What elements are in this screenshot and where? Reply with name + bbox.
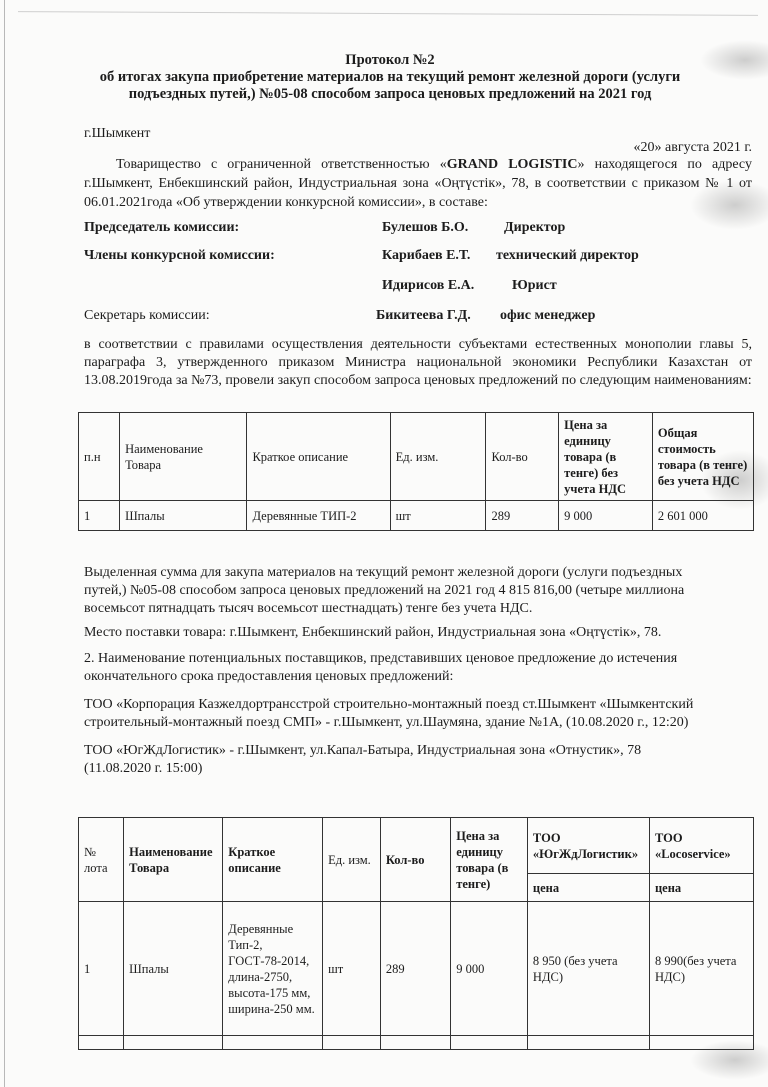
company-name: GRAND LOGISTIC bbox=[447, 157, 578, 172]
table-row: 1 Шпалы Деревянные ТИП-2 шт 289 9 000 2 … bbox=[79, 501, 754, 531]
date: «20» августа 2021 г. bbox=[634, 140, 752, 156]
title-line-2: об итогах закупа приобретение материалов… bbox=[90, 69, 690, 86]
intro-paragraph: Товарищество с ограниченной ответственно… bbox=[84, 155, 752, 212]
document-title: Протокол №2 об итогах закупа приобретени… bbox=[90, 52, 690, 103]
scan-artifact-line bbox=[18, 11, 758, 16]
section-2-heading: 2. Наименование потенциальных поставщико… bbox=[84, 650, 724, 686]
city-date-line: г.Шымкент «20» августа 2021 г. bbox=[84, 124, 752, 154]
supplier-2: ТОО «ЮгЖдЛогистик» - г.Шымкент, ул.Капал… bbox=[84, 742, 704, 778]
title-line-1: Протокол №2 bbox=[90, 52, 690, 69]
table-row: 1 Шпалы Деревянные Тип-2, ГОСТ-78-2014, … bbox=[79, 902, 754, 1036]
table-empty-row bbox=[79, 1036, 754, 1050]
table-header-row: п.н Наименование Товара Краткое описание… bbox=[79, 413, 754, 501]
items-table: п.н Наименование Товара Краткое описание… bbox=[78, 412, 754, 531]
table-header-row: № лота Наименование Товара Краткое описа… bbox=[79, 818, 754, 874]
title-line-3: подъездных путей,) №05-08 способом запро… bbox=[90, 86, 690, 103]
supplier-1: ТОО «Корпорация Казжелдортрансстрой стро… bbox=[84, 696, 724, 732]
rules-paragraph: в соответствии с правилами осуществления… bbox=[84, 336, 752, 390]
price-comparison-table: № лота Наименование Товара Краткое описа… bbox=[78, 817, 754, 1050]
city: г.Шымкент bbox=[84, 126, 150, 142]
scan-edge bbox=[4, 0, 5, 1087]
allocated-sum-paragraph: Выделенная сумма для закупа материалов н… bbox=[84, 564, 724, 618]
delivery-label: Место поставки товара: bbox=[84, 625, 226, 640]
scan-smudge bbox=[700, 40, 768, 80]
delivery-place: Место поставки товара: г.Шымкент, Енбекш… bbox=[84, 624, 752, 642]
